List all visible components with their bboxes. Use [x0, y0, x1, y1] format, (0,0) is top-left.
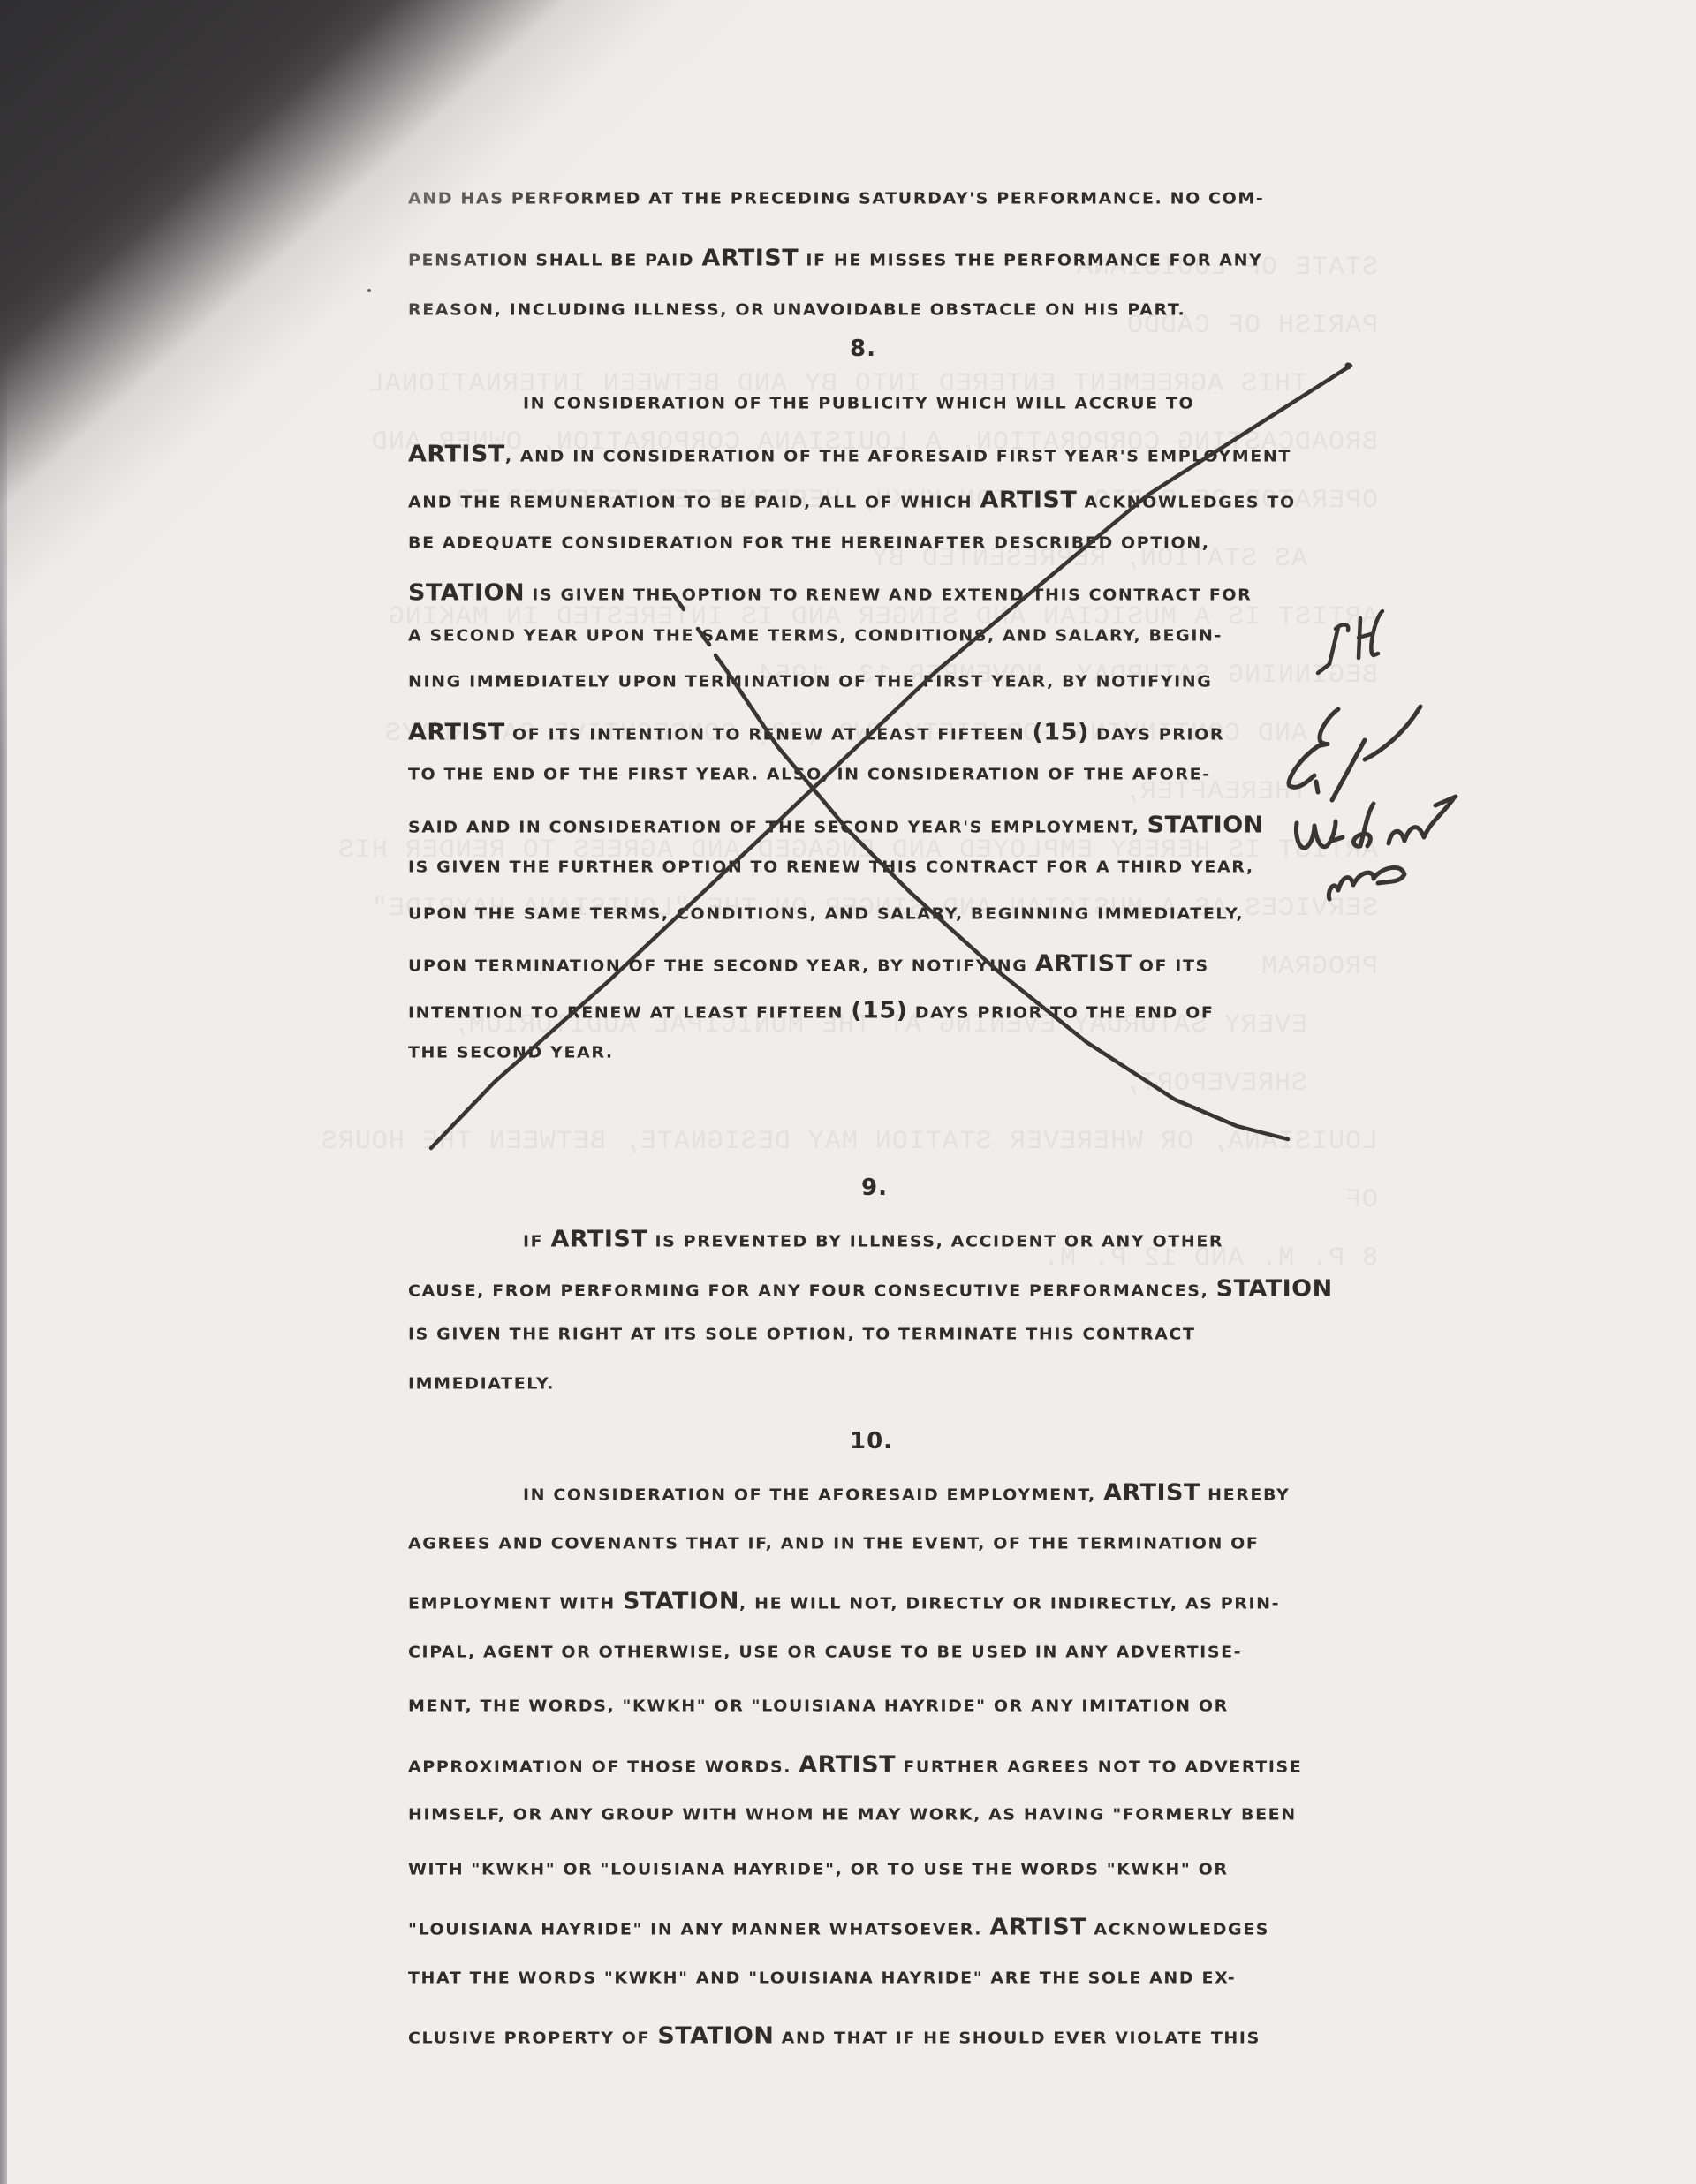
text-line: ning immediately upon termination of the… — [408, 673, 1212, 691]
text-line: agrees and covenants that if, and in the… — [408, 1534, 1260, 1553]
paper-page — [7, 0, 1696, 2184]
emphasized-term: (15) — [1033, 719, 1089, 744]
text-line: If ARTIST is prevented by illness, accid… — [523, 1227, 1223, 1252]
emphasized-term: STATION — [657, 2023, 774, 2049]
text-line: is given the right at its sole option, t… — [408, 1326, 1196, 1344]
text-line: ARTIST, and in consideration of the afor… — [408, 441, 1291, 466]
emphasized-term: STATION — [623, 1589, 739, 1614]
section-number: 10. — [850, 1428, 893, 1455]
emphasized-term: ARTIST — [550, 1227, 647, 1252]
text-line: pensation shall be paid ARTIST if he mis… — [408, 246, 1262, 271]
emphasized-term: ARTIST — [701, 246, 799, 271]
emphasized-term: (15) — [851, 997, 907, 1023]
text-line: immediately. — [408, 1375, 555, 1394]
text-line: said and in consideration of the second … — [408, 812, 1264, 837]
text-line: approximation of those words. ARTIST fur… — [408, 1751, 1302, 1777]
text-line: ment, the words, "KWKH" or "Louisiana Ha… — [408, 1697, 1229, 1716]
emphasized-term: STATION — [1147, 812, 1264, 837]
text-line: employment with STATION, he will not, di… — [408, 1589, 1280, 1614]
text-line: the second year. — [408, 1044, 614, 1062]
text-line: cause, from performing for any four cons… — [408, 1276, 1333, 1302]
text-line: a second year upon the same terms, condi… — [408, 626, 1223, 645]
section-number: 8. — [850, 336, 876, 362]
text-line: is given the further option to renew thi… — [408, 858, 1254, 877]
text-line: In consideration of the aforesaid employ… — [523, 1480, 1290, 1506]
text-line: In consideration of the publicity which … — [523, 395, 1194, 413]
text-line: and the remuneration to be paid, all of … — [408, 487, 1296, 513]
text-line: reason, including illness, or unavoidabl… — [408, 301, 1185, 320]
text-line: himself, or any group with whom he may w… — [408, 1806, 1297, 1825]
section-number: 9. — [861, 1175, 888, 1201]
emphasized-term: ARTIST — [408, 441, 505, 466]
text-line: ARTIST of its intention to renew at leas… — [408, 719, 1224, 744]
emphasized-term: ARTIST — [980, 487, 1077, 513]
emphasized-term: ARTIST — [799, 1751, 896, 1777]
text-line: be adequate consideration for the herein… — [408, 533, 1210, 552]
text-line: to the end of the first year. Also, in c… — [408, 766, 1211, 784]
text-line: clusive property of STATION and that if … — [408, 2023, 1261, 2049]
emphasized-term: ARTIST — [1035, 951, 1132, 977]
text-line: with "KWKH" or "Louisiana Hayride", or t… — [408, 1860, 1229, 1878]
text-line: upon termination of the second year, by … — [408, 951, 1209, 977]
text-line: and has performed at the preceding Satur… — [408, 190, 1264, 208]
text-line: upon the same terms, conditions, and sal… — [408, 904, 1244, 923]
emphasized-term: STATION — [1216, 1276, 1333, 1302]
text-line: that the words "KWKH" and "Louisiana Hay… — [408, 1969, 1236, 1987]
emphasized-term: ARTIST — [989, 1915, 1086, 1940]
text-line: intention to renew at least fifteen (15)… — [408, 997, 1214, 1023]
text-line: "Louisiana Hayride" in any manner whatso… — [408, 1915, 1269, 1940]
emphasized-term: STATION — [408, 580, 525, 606]
text-line: STATION is given the option to renew and… — [408, 580, 1252, 606]
emphasized-term: ARTIST — [408, 719, 505, 744]
emphasized-term: ARTIST — [1103, 1480, 1200, 1506]
scanner-edge — [0, 0, 7, 2184]
text-line: cipal, agent or otherwise, use or cause … — [408, 1643, 1242, 1661]
